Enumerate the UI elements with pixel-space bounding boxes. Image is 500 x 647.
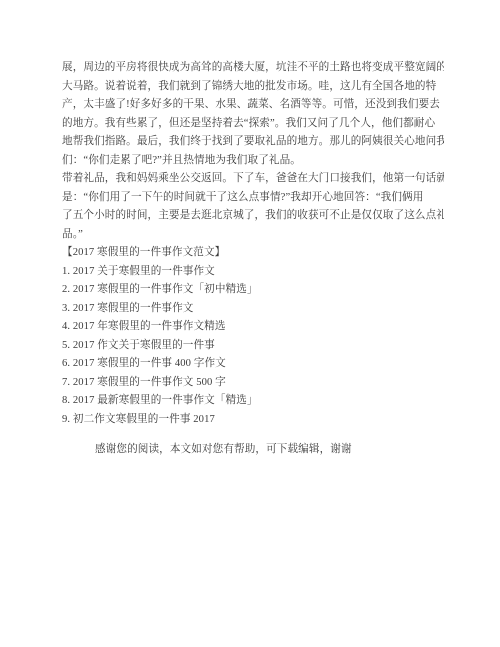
essay-list-item: 6. 2017 寒假里的一件事 400 字作文 [62, 355, 444, 374]
essay-list: 1. 2017 关于寒假里的一件事作文2. 2017 寒假里的一件事作文「初中精… [62, 263, 444, 430]
essay-list-item: 3. 2017 寒假里的一件事作文 [62, 300, 444, 319]
essay-text-line: 了五个小时的时间，主要是去逛北京城了，我们的收获可不止是仅仅取了这么点礼 [62, 207, 444, 226]
essay-text-line: 地帮我们指路。最后，我们终于找到了要取礼品的地方。那儿的阿姨很关心地问我 [62, 133, 444, 152]
essay-text-line: 带着礼品，我和妈妈乘坐公交返回。下了车，爸爸在大门口接我们，他第一句话就 [62, 170, 444, 189]
essay-list-item: 2. 2017 寒假里的一件事作文「初中精选」 [62, 281, 444, 300]
document-content: 展，周边的平房将很快成为高耸的高楼大厦，坑洼不平的土路也将变成平整宽阔的大马路。… [62, 59, 444, 460]
essay-list-item: 7. 2017 寒假里的一件事作文 500 字 [62, 374, 444, 393]
essay-list-item: 1. 2017 关于寒假里的一件事作文 [62, 263, 444, 282]
essay-list-heading: 【2017 寒假里的一件事作文范文】 [62, 244, 444, 263]
essay-text-line: 是：“你们用了一下午的时间就干了这么点事情?”我却开心地回答：“我们俩用 [62, 189, 444, 208]
essay-text-line: 品。” [62, 226, 444, 245]
essay-text-line: 们：“你们走累了吧?”并且热情地为我们取了礼品。 [62, 152, 444, 171]
essay-list-item: 4. 2017 年寒假里的一件事作文精选 [62, 318, 444, 337]
essay-list-item: 5. 2017 作文关于寒假里的一件事 [62, 337, 444, 356]
essay-text-line: 大马路。说着说着，我们就到了锦绣大地的批发市场。哇，这儿有全国各地的特 [62, 78, 444, 97]
essay-text-line: 展，周边的平房将很快成为高耸的高楼大厦，坑洼不平的土路也将变成平整宽阔的 [62, 59, 444, 78]
document-page: 展，周边的平房将很快成为高耸的高楼大厦，坑洼不平的土路也将变成平整宽阔的大马路。… [0, 0, 500, 647]
closing-note: 感谢您的阅读，本文如对您有帮助，可下载编辑，谢谢 [62, 441, 444, 460]
essay-text-line: 的地方。我有些累了，但还是坚持着去“探索”。我们又问了几个人，他们都耐心 [62, 115, 444, 134]
essay-list-item: 8. 2017 最新寒假里的一件事作文「精选」 [62, 392, 444, 411]
essay-text-line: 产，太丰盛了!好多好多的干果、水果、蔬菜、名酒等等。可惜，还没到我们要去 [62, 96, 444, 115]
essay-paragraphs: 展，周边的平房将很快成为高耸的高楼大厦，坑洼不平的土路也将变成平整宽阔的大马路。… [62, 59, 444, 244]
essay-list-item: 9. 初二作文寒假里的一件事 2017 [62, 411, 444, 430]
